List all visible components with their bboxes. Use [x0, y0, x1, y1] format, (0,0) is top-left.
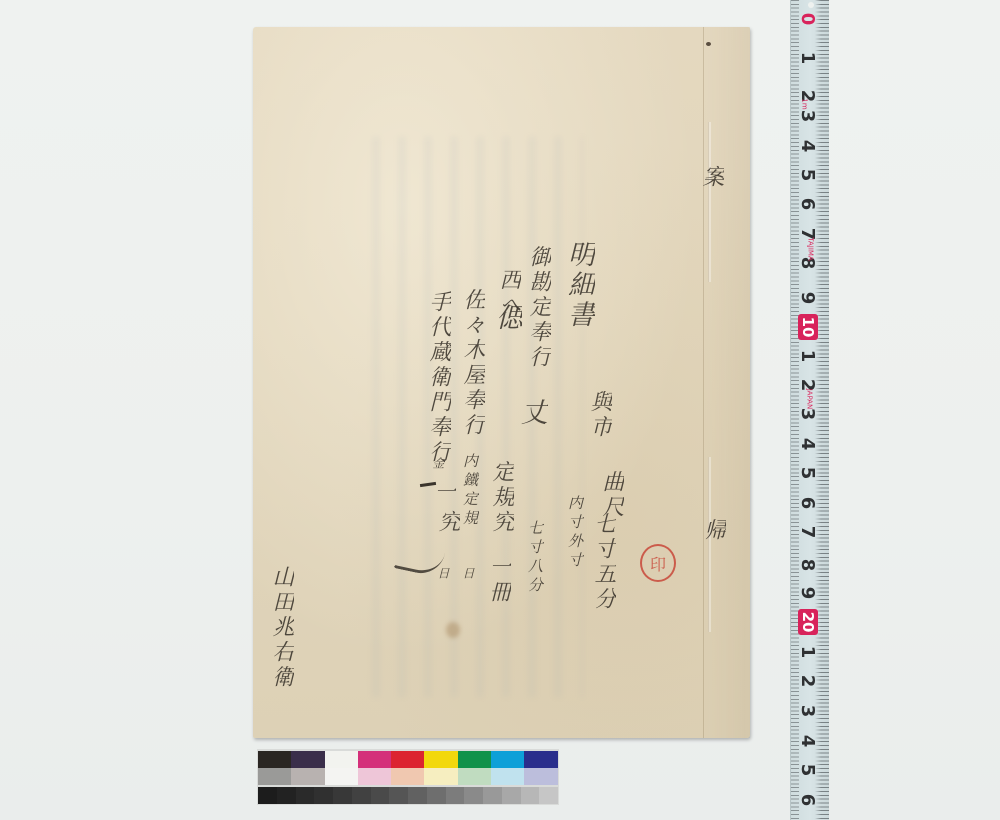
- color-swatch: [408, 787, 427, 804]
- text-column-col5: 手代蔵衛門奉行: [427, 290, 449, 465]
- document-page: [253, 27, 750, 738]
- text-column-col11: 七寸八分: [527, 520, 542, 596]
- seal-text: 印: [650, 552, 666, 575]
- ruler-number: 6: [798, 492, 818, 514]
- color-swatch: [314, 787, 333, 804]
- red-seal: 印: [640, 544, 676, 582]
- ruler-number: 10: [798, 314, 818, 340]
- color-swatch: [325, 768, 358, 785]
- text-column-right2: 帰: [702, 518, 724, 543]
- color-swatch: [424, 751, 457, 768]
- color-swatch: [458, 751, 491, 768]
- ruler-number: 6: [798, 789, 818, 811]
- ruler-brand-mark: TAJIMA: [807, 237, 815, 260]
- ruler-number: 20: [798, 609, 818, 635]
- text-column-col14: 内鐵定規: [462, 453, 477, 529]
- ruler-number: 3: [798, 700, 818, 722]
- color-swatch: [446, 787, 465, 804]
- ruler-number: 5: [798, 164, 818, 186]
- color-row-pastel: [258, 768, 558, 785]
- ruler-number: 1: [798, 641, 818, 663]
- color-row-saturated: [258, 751, 558, 768]
- text-column-col10: 内寸外寸: [567, 495, 582, 571]
- text-column-signature: 山田兆右衛: [270, 565, 292, 690]
- color-swatch: [258, 751, 291, 768]
- color-swatch: [358, 768, 391, 785]
- measuring-tape: 012345678910123456789201234561mTAJIMAJAP…: [790, 0, 829, 820]
- color-swatch: [483, 787, 502, 804]
- color-swatch: [458, 768, 491, 785]
- color-swatch: [258, 768, 291, 785]
- color-swatch: [352, 787, 371, 804]
- binding-hole: [706, 42, 711, 46]
- text-column-col2: 御勘定奉行: [527, 245, 549, 370]
- text-column-col4: 佐々木屋奉行: [461, 288, 483, 438]
- color-swatch: [491, 751, 524, 768]
- text-column-col6: 丈: [518, 398, 545, 428]
- color-swatch: [371, 787, 390, 804]
- fold-crease: [708, 122, 711, 282]
- text-column-col17: 究: [436, 510, 458, 535]
- color-swatch: [258, 787, 277, 804]
- color-swatch: [521, 787, 540, 804]
- color-swatch: [539, 787, 558, 804]
- color-swatch: [333, 787, 352, 804]
- ruler-number: 1: [798, 47, 818, 69]
- color-swatch: [391, 751, 424, 768]
- text-column-col18: 日: [437, 567, 449, 582]
- text-column-col12: 定規究: [490, 460, 512, 535]
- ruler-number: 4: [798, 135, 818, 157]
- text-column-col13: 一冊: [487, 555, 509, 605]
- ruler-brand-mark: 1m: [801, 98, 809, 109]
- ruler-number: 0: [798, 8, 818, 30]
- color-swatch: [427, 787, 446, 804]
- ruler-number: 4: [798, 730, 818, 752]
- text-column-col19: 金: [432, 457, 444, 472]
- color-swatch: [358, 751, 391, 768]
- ruler-number: 2: [798, 670, 818, 692]
- color-swatch: [291, 751, 324, 768]
- color-swatch: [491, 768, 524, 785]
- color-swatch: [296, 787, 315, 804]
- text-column-title: 明細書: [565, 240, 592, 330]
- color-calibration-chart: [257, 749, 559, 805]
- ruler-number: 9: [798, 287, 818, 309]
- text-column-col9: 七寸五分: [592, 512, 614, 612]
- grayscale-row: [258, 787, 558, 804]
- color-swatch: [391, 768, 424, 785]
- stain: [446, 622, 460, 638]
- color-swatch: [325, 751, 358, 768]
- text-column-col3b: 偲: [493, 303, 520, 333]
- ruler-number: 5: [798, 462, 818, 484]
- color-swatch: [502, 787, 521, 804]
- color-swatch: [464, 787, 483, 804]
- ruler-number: 9: [798, 582, 818, 604]
- text-column-col15: 日: [462, 567, 474, 582]
- ruler-number: 8: [798, 554, 818, 576]
- ruler-number: 5: [798, 759, 818, 781]
- color-swatch: [424, 768, 457, 785]
- color-swatch: [389, 787, 408, 804]
- ruler-number: 1: [798, 345, 818, 367]
- ruler-number: 7: [798, 521, 818, 543]
- ruler-number: 4: [798, 433, 818, 455]
- fold-crease: [708, 457, 711, 632]
- color-swatch: [524, 768, 557, 785]
- text-column-col7: 與市: [588, 390, 610, 440]
- ruler-brand-mark: JAPAN: [805, 389, 813, 410]
- ruler-number: 6: [798, 193, 818, 215]
- color-swatch: [277, 787, 296, 804]
- text-column-right1: 案: [700, 165, 722, 190]
- color-swatch: [524, 751, 557, 768]
- color-swatch: [291, 768, 324, 785]
